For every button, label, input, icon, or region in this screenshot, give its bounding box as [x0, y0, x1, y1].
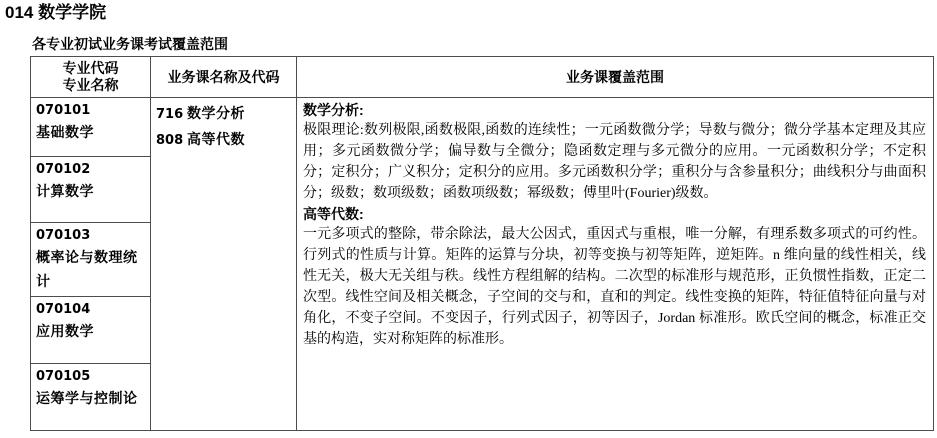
major-name: 应用数学 [36, 319, 145, 343]
course-name: 数学分析 [187, 105, 245, 121]
table-row: 070101 基础数学 716 数学分析 808 高等代数 数学分析: 极限理论… [31, 98, 934, 157]
header-coverage: 业务课覆盖范围 [297, 57, 934, 98]
major-code: 070103 [36, 226, 145, 245]
coverage-heading-advanced-algebra: 高等代数: [303, 204, 926, 224]
page-title: 014 数学学院 [5, 3, 937, 23]
major-cell-070105: 070105 运筹学与控制论 [31, 364, 151, 431]
major-code: 070105 [36, 367, 145, 386]
coverage-table: 专业代码 专业名称 业务课名称及代码 业务课覆盖范围 070101 基础数学 7… [30, 56, 934, 431]
table-caption: 各专业初试业务课考试覆盖范围 [32, 36, 937, 52]
major-cell-070101: 070101 基础数学 [31, 98, 151, 157]
header-course: 业务课名称及代码 [151, 57, 297, 98]
coverage-body-math-analysis: 极限理论:数列极限,函数极限,函数的连续性；一元函数微分学；导数与微分；微分学基… [303, 120, 926, 204]
table-header-row: 专业代码 专业名称 业务课名称及代码 业务课覆盖范围 [31, 57, 934, 98]
course-code: 808 [156, 133, 183, 148]
courses-cell: 716 数学分析 808 高等代数 [151, 98, 297, 431]
major-name: 计算数学 [36, 179, 145, 203]
course-name: 高等代数 [187, 131, 245, 147]
header-major-line2: 专业名称 [31, 77, 150, 94]
major-name: 基础数学 [36, 120, 145, 144]
course-line: 808 高等代数 [156, 127, 291, 153]
coverage-body-advanced-algebra: 一元多项式的整除，带余除法，最大公因式，重因式与重根，唯一分解，有理系数多项式的… [303, 224, 926, 350]
major-code: 070102 [36, 160, 145, 179]
header-major: 专业代码 专业名称 [31, 57, 151, 98]
major-cell-070102: 070102 计算数学 [31, 157, 151, 223]
coverage-cell: 数学分析: 极限理论:数列极限,函数极限,函数的连续性；一元函数微分学；导数与微… [297, 98, 934, 431]
coverage-heading-math-analysis: 数学分析: [303, 100, 926, 120]
course-code: 716 [156, 107, 183, 122]
major-code: 070101 [36, 101, 145, 120]
major-cell-070103: 070103 概率论与数理统计 [31, 223, 151, 297]
header-major-line1: 专业代码 [31, 60, 150, 77]
document-page: 014 数学学院 各专业初试业务课考试覆盖范围 专业代码 专业名称 业务课名称及… [0, 3, 937, 438]
major-name: 运筹学与控制论 [36, 386, 145, 410]
major-cell-070104: 070104 应用数学 [31, 297, 151, 364]
major-code: 070104 [36, 300, 145, 319]
course-line: 716 数学分析 [156, 101, 291, 127]
major-name: 概率论与数理统计 [36, 245, 145, 293]
